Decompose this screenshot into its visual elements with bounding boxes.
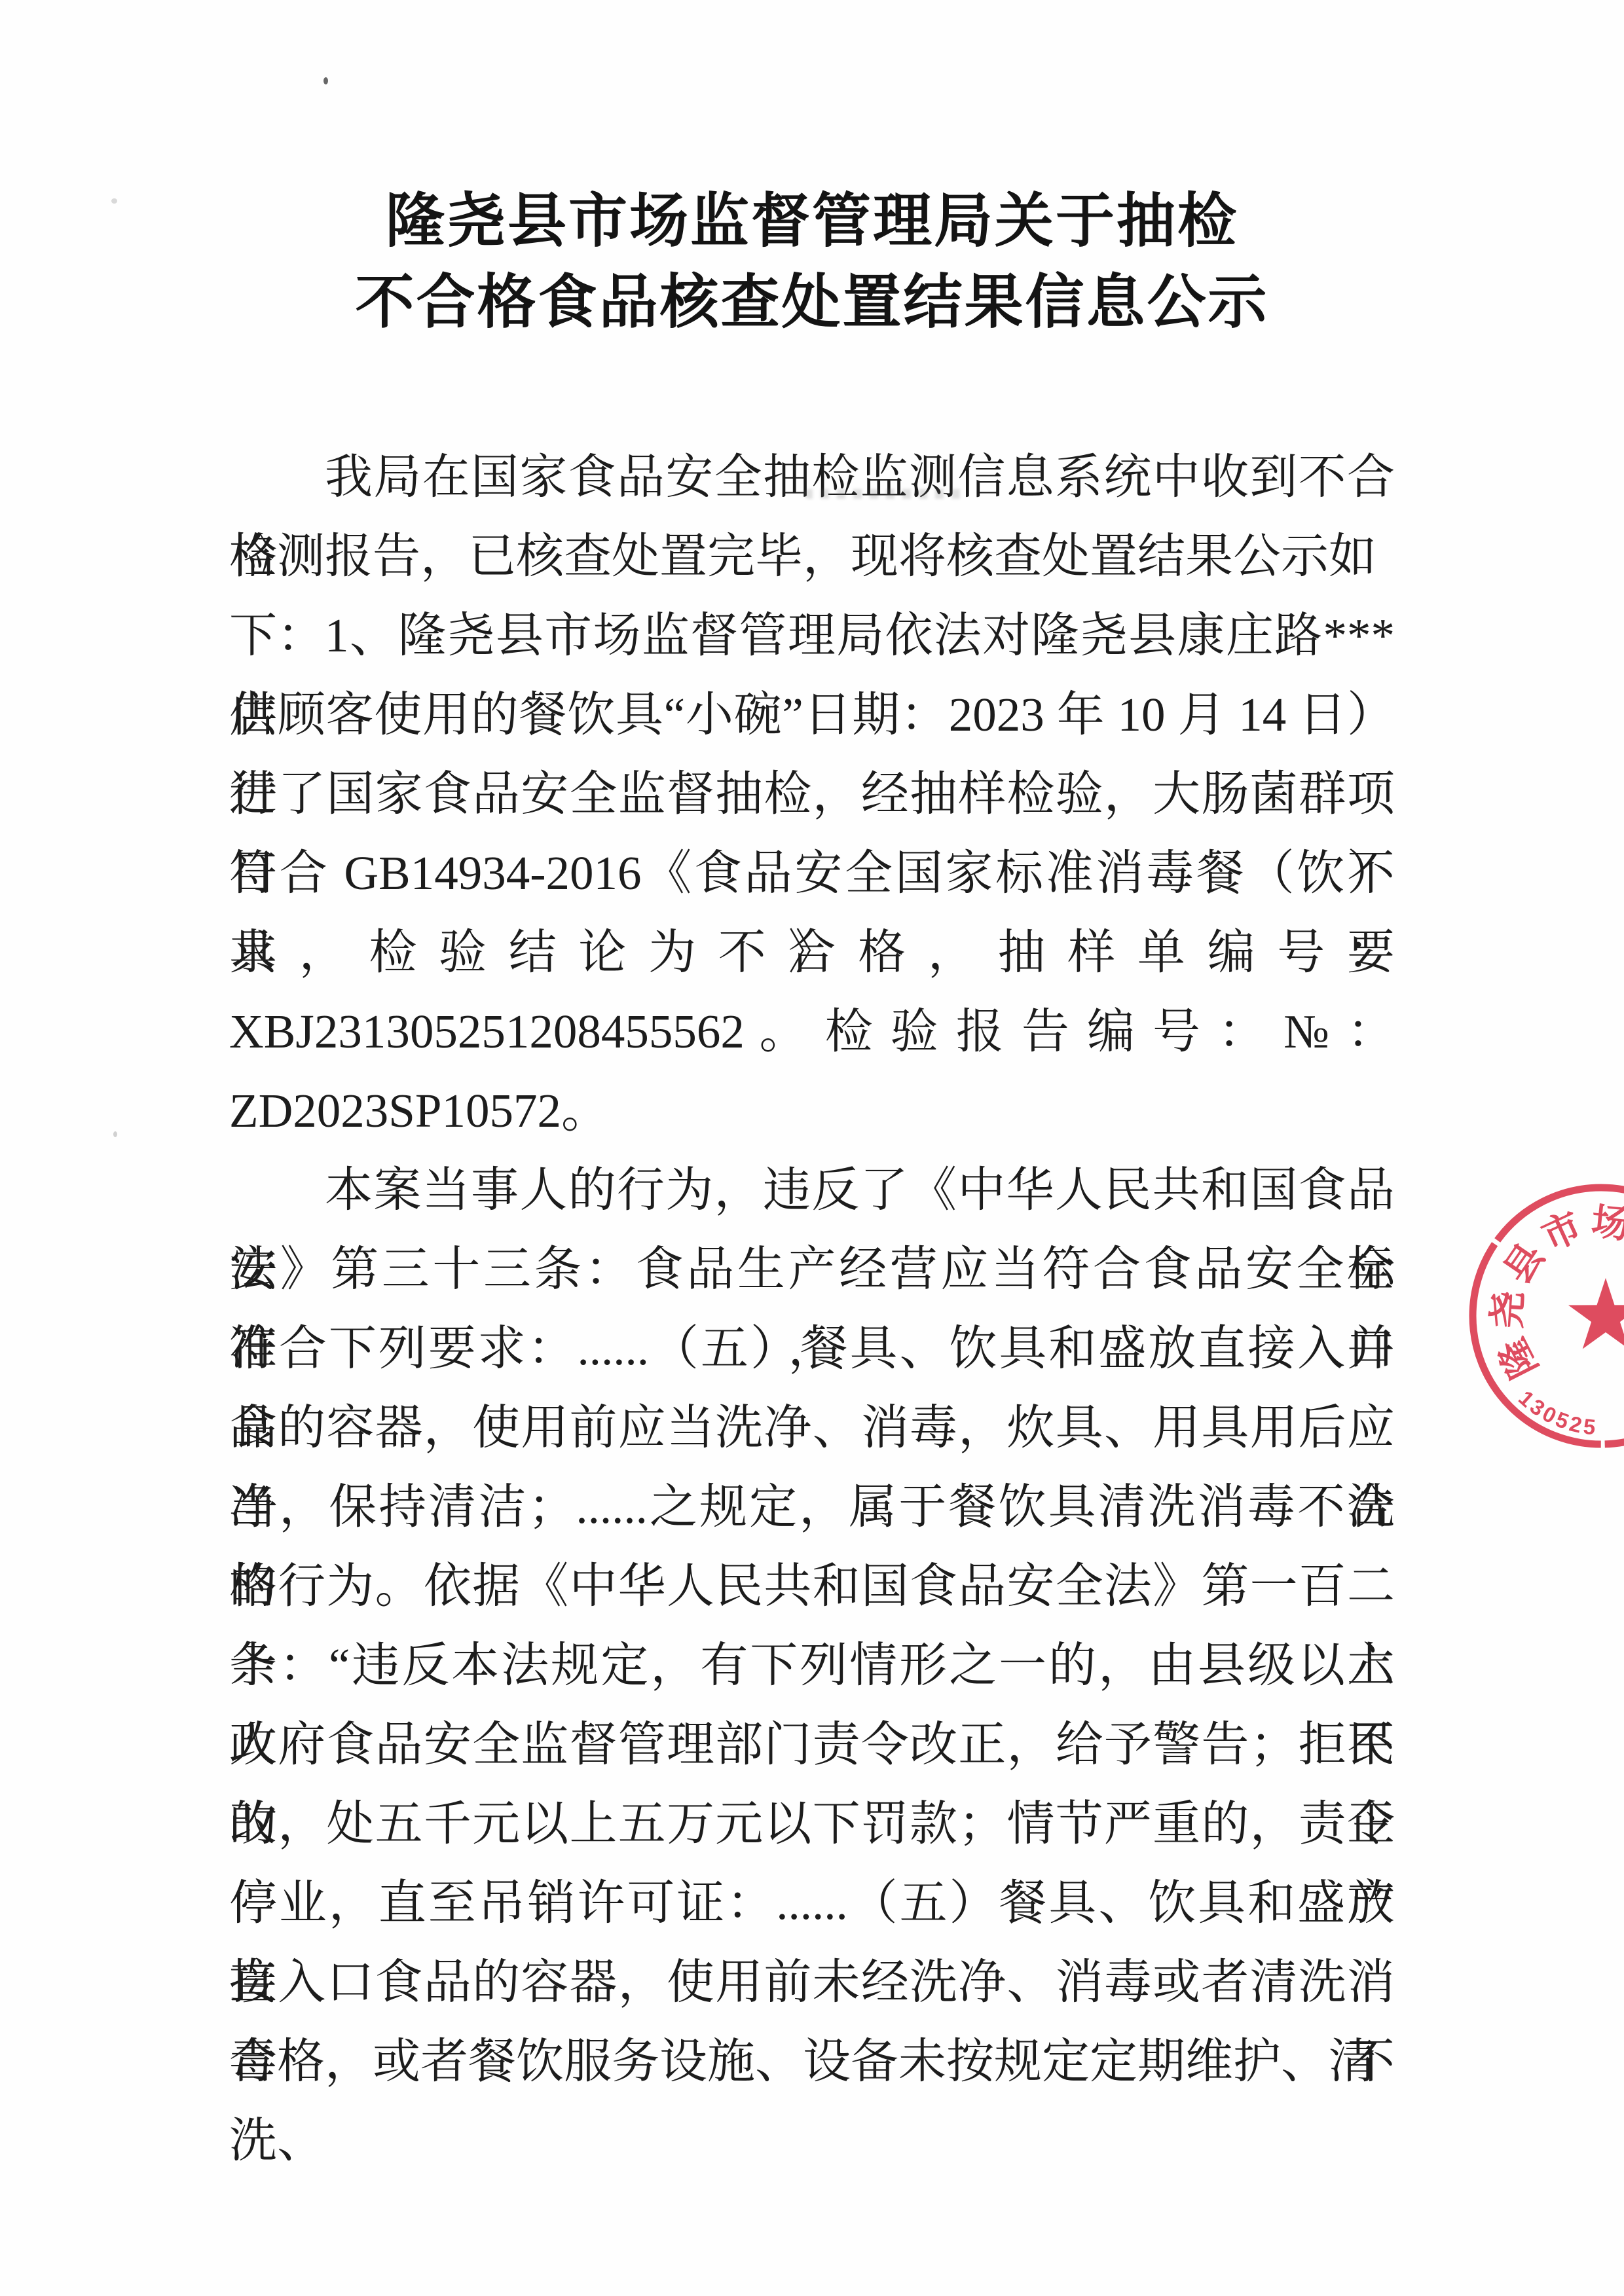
body-line: 行了国家食品安全监督抽检，经抽样检验，大肠菌群项目不 — [229, 754, 1395, 833]
body-line: 供顾客使用的餐饮具“小碗”日期：2023 年 10 月 14 日）进 — [229, 675, 1395, 754]
seal-arc-char: 场 — [1589, 1200, 1624, 1247]
body-line: 的行为。依据《中华人民共和国食品安全法》第一百二十六 — [229, 1546, 1395, 1626]
body-line: 合格，或者餐饮服务设施、设备未按规定定期维护、清洗、 — [229, 2022, 1395, 2101]
scan-speck — [113, 1131, 117, 1137]
body-line: 政府食品安全监督管理部门责令改正，给予警告；拒不改正 — [229, 1705, 1395, 1784]
seal-arc-char: 尧 — [1486, 1290, 1531, 1330]
body-line: 接入口食品的容器，使用前未经洗净、消毒或者清洗消毒不 — [229, 1942, 1395, 2022]
body-line: ZD2023SP10572。 — [229, 1071, 1395, 1150]
seal-arc-char: 市 — [1536, 1205, 1588, 1259]
scan-speck — [323, 77, 328, 84]
body-line: 我局在国家食品安全抽检监测信息系统中收到不合格 — [229, 437, 1395, 517]
seal-code-text: 130525 — [1514, 1385, 1596, 1439]
document-title: 隆尧县市场监督管理局关于抽检 不合格食品核查处置结果信息公示 — [0, 181, 1624, 344]
body-line: 的，处五千元以上五万元以下罚款；情节严重的，责令停产 — [229, 1784, 1395, 1863]
body-line: 法》第三十三条：食品生产经营应当符合食品安全标准，并 — [229, 1230, 1395, 1309]
body-line: 1、隆尧县市场监督管理局依法对隆尧县康庄路***店 — [229, 596, 1395, 675]
official-seal: 隆尧县市场 130525 — [1428, 1152, 1624, 1493]
seal-arc-char: 县 — [1496, 1236, 1553, 1292]
seal-code-digit: 5 — [1582, 1414, 1596, 1440]
scan-speck — [111, 198, 117, 204]
body-line: 符合 GB14934-2016《食品安全国家标准消毒餐（饮）具》要 — [229, 833, 1395, 913]
body-line: 求 ， 检 验 结 论 为 不 合 格 ， 抽 样 单 编 号 ： — [229, 913, 1395, 992]
body-line: 净，保持清洁；......之规定，属于餐饮具清洗消毒不合格 — [229, 1467, 1395, 1546]
body-line: 检测报告，已核查处置完毕，现将核查处置结果公示如下： — [229, 517, 1395, 596]
body-line: 本案当事人的行为，违反了《中华人民共和国食品安全 — [229, 1150, 1395, 1230]
body-line: XBJ231305251208455562 。 检 验 报 告 编 号 ： № … — [229, 992, 1395, 1071]
document-page: 隆尧县市场监督管理局关于抽检 不合格食品核查处置结果信息公示 我局在国家食品安全… — [0, 0, 1624, 2296]
seal-star-icon — [1568, 1278, 1624, 1349]
seal-arc-char: 隆 — [1490, 1332, 1545, 1385]
body-text: 我局在国家食品安全抽检监测信息系统中收到不合格检测报告，已核查处置完毕，现将核查… — [229, 437, 1395, 2101]
body-line: 停业，直至吊销许可证：......（五）餐具、饮具和盛放直 — [229, 1863, 1395, 1942]
title-line-1: 隆尧县市场监督管理局关于抽检 — [0, 181, 1624, 263]
scan-artifact — [804, 489, 968, 499]
body-line: 条：“违反本法规定，有下列情形之一的，由县级以上人民 — [229, 1626, 1395, 1705]
body-line: 符合下列要求：......（五）餐具、饮具和盛放直接入口食 — [229, 1309, 1395, 1388]
title-line-2: 不合格食品核查处置结果信息公示 — [0, 263, 1624, 344]
body-line: 品的容器，使用前应当洗净、消毒，炊具、用具用后应当洗 — [229, 1388, 1395, 1467]
